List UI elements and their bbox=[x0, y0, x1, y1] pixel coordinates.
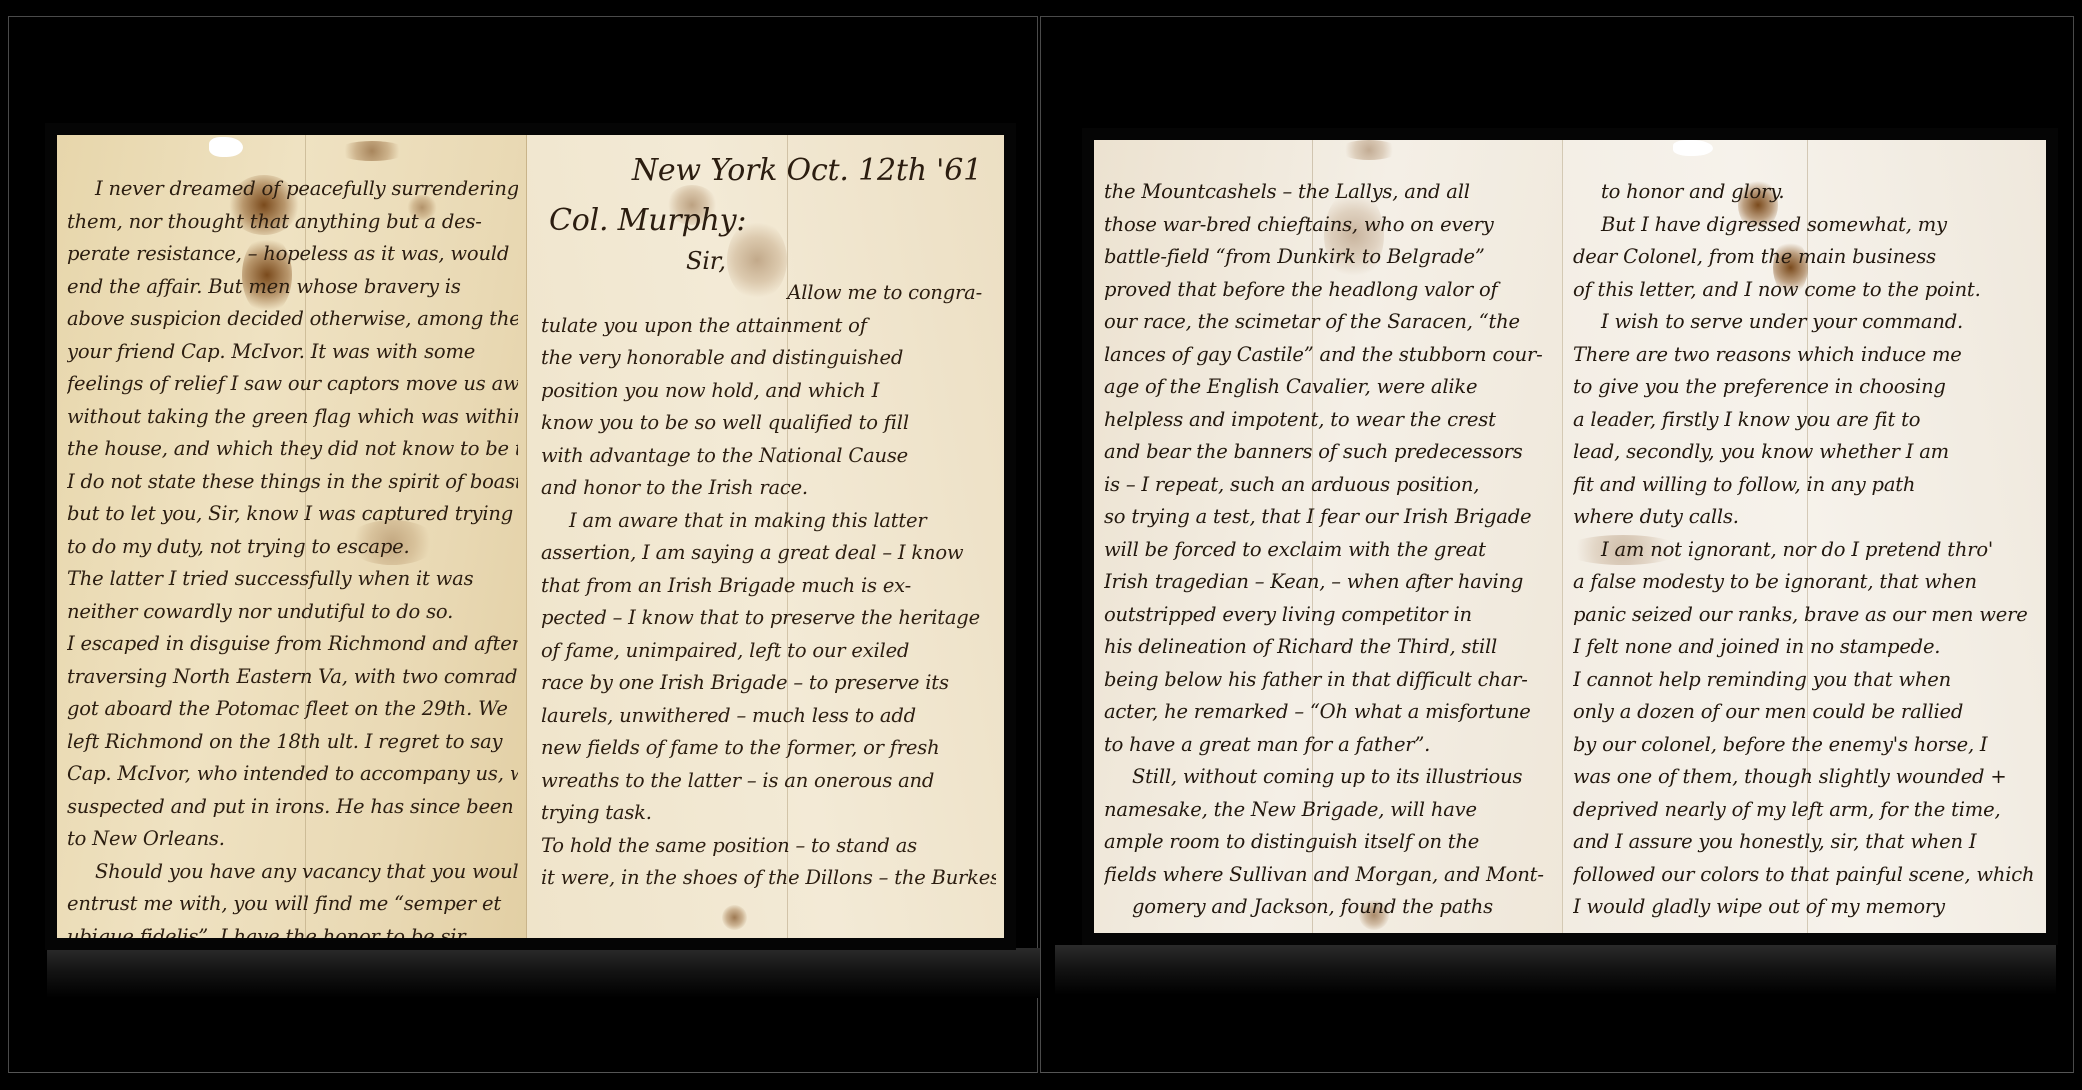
text-line: I do not state these things in the spiri… bbox=[67, 466, 518, 499]
text-line: to New Orleans. bbox=[67, 823, 518, 856]
text-line: and I assure you honestly, sir, that whe… bbox=[1573, 826, 2038, 859]
salutation-sir: Sir, bbox=[541, 245, 996, 277]
text-line: got aboard the Potomac fleet on the 29th… bbox=[67, 693, 518, 726]
text-line: ample room to distinguish itself on the bbox=[1104, 826, 1554, 859]
text-line: above suspicion decided otherwise, among… bbox=[67, 303, 518, 336]
text-line: only a dozen of our men could be rallied bbox=[1573, 696, 2038, 729]
text-line: a false modesty to be ignorant, that whe… bbox=[1573, 566, 2038, 599]
text-line: laurels, unwithered – much less to add bbox=[541, 700, 996, 733]
text-line: feelings of relief I saw our captors mov… bbox=[67, 368, 518, 401]
text-line: lead, secondly, you know whether I am bbox=[1573, 436, 2038, 469]
text-line: of this letter, and I now come to the po… bbox=[1573, 274, 2038, 307]
text-line: gomery and Jackson, found the paths bbox=[1104, 891, 1554, 924]
text-line: I never dreamed of peacefully surrenderi… bbox=[67, 173, 518, 206]
text-line: I am not ignorant, nor do I pretend thro… bbox=[1573, 534, 2038, 567]
text-line: with advantage to the National Cause bbox=[541, 440, 996, 473]
text-line: that from an Irish Brigade much is ex- bbox=[541, 570, 996, 603]
text-line: is – I repeat, such an arduous position, bbox=[1104, 469, 1554, 502]
text-line: Irish tragedian – Kean, – when after hav… bbox=[1104, 566, 1554, 599]
ink-stain bbox=[1339, 140, 1399, 160]
text-line: his delineation of Richard the Third, st… bbox=[1104, 631, 1554, 664]
letter-page-opening: New York Oct. 12th '61 Col. Murphy: Sir,… bbox=[526, 135, 1004, 938]
text-line: without taking the green flag which was … bbox=[67, 401, 518, 434]
text-line: fields where Sullivan and Morgan, and Mo… bbox=[1104, 859, 1554, 892]
text-line: left Richmond on the 18th ult. I regret … bbox=[67, 726, 518, 759]
text-line: proved that before the headlong valor of bbox=[1104, 274, 1554, 307]
text-line: so trying a test, that I fear our Irish … bbox=[1104, 501, 1554, 534]
text-line: was one of them, though slightly wounded… bbox=[1573, 761, 2038, 794]
text-line: fit and willing to follow, in any path bbox=[1573, 469, 2038, 502]
text-line: Cap. McIvor, who intended to accompany u… bbox=[67, 758, 518, 791]
text-line: suspected and put in irons. He has since… bbox=[67, 791, 518, 824]
text-line: position you now hold, and which I bbox=[541, 375, 996, 408]
paper-hole bbox=[1673, 140, 1713, 156]
text-line: But I have digressed somewhat, my bbox=[1573, 209, 2038, 242]
ink-stain bbox=[722, 905, 747, 930]
text-line: Should you have any vacancy that you wou… bbox=[67, 856, 518, 889]
text-line: I wish to serve under your command. bbox=[1573, 306, 2038, 339]
letter-sheet-2: the Mountcashels – the Lallys, and all t… bbox=[1094, 140, 2046, 933]
text-line: and honor to the Irish race. bbox=[541, 472, 996, 505]
text-line: assertion, I am saying a great deal – I … bbox=[541, 537, 996, 570]
text-line: where duty calls. bbox=[1573, 501, 2038, 534]
text-line: to do my duty, not trying to escape. bbox=[67, 531, 518, 564]
text-line: those war-bred chieftains, who on every bbox=[1104, 209, 1554, 242]
text-line: pected – I know that to preserve the her… bbox=[541, 602, 996, 635]
text-line: I felt none and joined in no stampede. bbox=[1573, 631, 2038, 664]
reflection-right bbox=[1055, 945, 2056, 995]
text-line: being below his father in that difficult… bbox=[1104, 664, 1554, 697]
letter-text: I never dreamed of peacefully surrenderi… bbox=[67, 173, 518, 938]
text-line: them, nor thought that anything but a de… bbox=[67, 206, 518, 239]
text-line: I escaped in disguise from Richmond and … bbox=[67, 628, 518, 661]
text-line: wreaths to the latter – is an onerous an… bbox=[541, 765, 996, 798]
text-line: to have a great man for a father”. bbox=[1104, 729, 1554, 762]
text-line: There are two reasons which induce me bbox=[1573, 339, 2038, 372]
dateline: New York Oct. 12th '61 bbox=[541, 145, 996, 197]
text-line: lances of gay Castile” and the stubborn … bbox=[1104, 339, 1554, 372]
text-line: of fame, unimpaired, left to our exiled bbox=[541, 635, 996, 668]
text-line: Allow me to congra- bbox=[541, 277, 996, 310]
text-line: and bear the banners of such predecessor… bbox=[1104, 436, 1554, 469]
text-line: I cannot help reminding you that when bbox=[1573, 664, 2038, 697]
text-line: trying task. bbox=[541, 797, 996, 830]
text-line: dear Colonel, from the main business bbox=[1573, 241, 2038, 274]
text-line: battle-field “from Dunkirk to Belgrade” bbox=[1104, 241, 1554, 274]
text-line: I am aware that in making this latter bbox=[541, 505, 996, 538]
text-line: panic seized our ranks, brave as our men… bbox=[1573, 599, 2038, 632]
reflection-left bbox=[47, 948, 1047, 998]
text-line: a leader, firstly I know you are fit to bbox=[1573, 404, 2038, 437]
text-line: traversing North Eastern Va, with two co… bbox=[67, 661, 518, 694]
text-line: tulate you upon the attainment of bbox=[541, 310, 996, 343]
text-line: end the affair. But men whose bravery is bbox=[67, 271, 518, 304]
text-line: know you to be so well qualified to fill bbox=[541, 407, 996, 440]
text-line: helpless and impotent, to wear the crest bbox=[1104, 404, 1554, 437]
text-line: to give you the preference in choosing bbox=[1573, 371, 2038, 404]
text-line: it were, in the shoes of the Dillons – t… bbox=[541, 862, 996, 895]
letter-page-inner-right: to honor and glory. But I have digressed… bbox=[1562, 140, 2046, 933]
text-line: deprived nearly of my left arm, for the … bbox=[1573, 794, 2038, 827]
text-line: Still, without coming up to its illustri… bbox=[1104, 761, 1554, 794]
letter-page-inner-left: the Mountcashels – the Lallys, and all t… bbox=[1094, 140, 1562, 933]
text-line: The latter I tried successfully when it … bbox=[67, 563, 518, 596]
text-line: ubique fidelis”. I have the honor to be … bbox=[67, 921, 518, 939]
text-line: the house, and which they did not know t… bbox=[67, 433, 518, 466]
letter-page-closing: I never dreamed of peacefully surrenderi… bbox=[57, 135, 526, 938]
text-line: our race, the scimetar of the Saracen, “… bbox=[1104, 306, 1554, 339]
text-line: your friend Cap. McIvor. It was with som… bbox=[67, 336, 518, 369]
text-line: namesake, the New Brigade, will have bbox=[1104, 794, 1554, 827]
text-line: entrust me with, you will find me “sempe… bbox=[67, 888, 518, 921]
text-line: I would gladly wipe out of my memory bbox=[1573, 891, 2038, 924]
text-line: to honor and glory. bbox=[1573, 176, 2038, 209]
text-line: age of the English Cavalier, were alike bbox=[1104, 371, 1554, 404]
text-line: acter, he remarked – “Oh what a misfortu… bbox=[1104, 696, 1554, 729]
text-line: followed our colors to that painful scen… bbox=[1573, 859, 2038, 892]
letter-sheet-1: I never dreamed of peacefully surrenderi… bbox=[57, 135, 1004, 938]
letter-text: the Mountcashels – the Lallys, and all t… bbox=[1104, 176, 1554, 924]
text-line: To hold the same position – to stand as bbox=[541, 830, 996, 863]
salutation: Col. Murphy: bbox=[541, 197, 996, 245]
text-line: neither cowardly nor undutiful to do so. bbox=[67, 596, 518, 629]
text-line: perate resistance, – hopeless as it was,… bbox=[67, 238, 518, 271]
letter-text: New York Oct. 12th '61 Col. Murphy: Sir,… bbox=[541, 145, 996, 895]
text-line: will be forced to exclaim with the great bbox=[1104, 534, 1554, 567]
ink-stain bbox=[337, 141, 407, 161]
text-line: by our colonel, before the enemy's horse… bbox=[1573, 729, 2038, 762]
text-line: race by one Irish Brigade – to preserve … bbox=[541, 667, 996, 700]
text-line: new fields of fame to the former, or fre… bbox=[541, 732, 996, 765]
paper-hole bbox=[209, 137, 243, 157]
text-line: the very honorable and distinguished bbox=[541, 342, 996, 375]
text-line: but to let you, Sir, know I was captured… bbox=[67, 498, 518, 531]
text-line: outstripped every living competitor in bbox=[1104, 599, 1554, 632]
letter-text: to honor and glory. But I have digressed… bbox=[1573, 176, 2038, 924]
text-line: the Mountcashels – the Lallys, and all bbox=[1104, 176, 1554, 209]
